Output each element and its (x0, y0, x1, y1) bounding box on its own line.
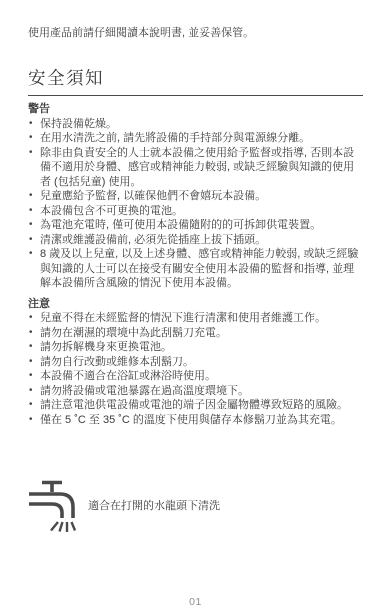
list-item: 8 歲及以上兒童, 以及上述身體、感官或精神能力較弱, 或缺乏經驗與知識的人士可… (40, 247, 363, 291)
manual-page: 使用產品前請仔細閱讀本說明書, 並妥善保管。 安全須知 警告 保持設備乾燥。在用… (0, 0, 391, 615)
title-divider (28, 95, 363, 96)
list-item: 請勿將設備或電池暴露在過高溫度環境下。 (40, 384, 363, 399)
tap-note-text: 適合在打開的水龍頭下清洗 (88, 499, 220, 514)
warning-label: 警告 (28, 102, 363, 117)
list-item: 在用水清洗之前, 請先將設備的手持部分與電源線分離。 (40, 131, 363, 146)
list-item: 請勿自行改動或維修本刮鬍刀。 (40, 355, 363, 370)
list-item: 兒童不得在未經監督的情況下進行清潔和使用者維護工作。 (40, 311, 363, 326)
list-item: 本設備不適合在浴缸或淋浴時使用。 (40, 369, 363, 384)
list-item: 清潔或維護設備前, 必須先從插座上拔下插頭。 (40, 233, 363, 248)
list-item: 為電池充電時, 僅可使用本設備隨附的的可拆卸供電裝置。 (40, 218, 363, 233)
list-item: 兒童應給予監督, 以確保他們不會嬉玩本設備。 (40, 189, 363, 204)
warning-list: 保持設備乾燥。在用水清洗之前, 請先將設備的手持部分與電源線分離。除非由負責安全… (28, 117, 363, 291)
list-item: 本設備包含不可更換的電池。 (40, 204, 363, 219)
page-content: 使用產品前請仔細閱讀本說明書, 並妥善保管。 安全須知 警告 保持設備乾燥。在用… (0, 0, 391, 533)
water-tap-icon (28, 479, 78, 533)
list-item: 請勿拆解機身來更換電池。 (40, 340, 363, 355)
intro-text: 使用產品前請仔細閱讀本說明書, 並妥善保管。 (28, 26, 363, 41)
list-item: 除非由負責安全的人士就本設備之使用給予監督或指導, 否則本設備不適用於身體、感官… (40, 146, 363, 190)
list-item: 保持設備乾燥。 (40, 117, 363, 132)
list-item: 請注意電池供電設備或電池的端子因金屬物體導致短路的風險。 (40, 398, 363, 413)
tap-note: 適合在打開的水龍頭下清洗 (28, 479, 363, 533)
list-item: 僅在 5 ˚C 至 35 ˚C 的溫度下使用與儲存本修鬍刀並為其充電。 (40, 413, 363, 428)
caution-label: 注意 (28, 297, 363, 312)
section-title: 安全須知 (28, 67, 363, 89)
list-item: 請勿在潮濕的環境中為此刮鬍刀充電。 (40, 326, 363, 341)
caution-list: 兒童不得在未經監督的情況下進行清潔和使用者維護工作。請勿在潮濕的環境中為此刮鬍刀… (28, 311, 363, 427)
page-number: 01 (0, 596, 391, 608)
